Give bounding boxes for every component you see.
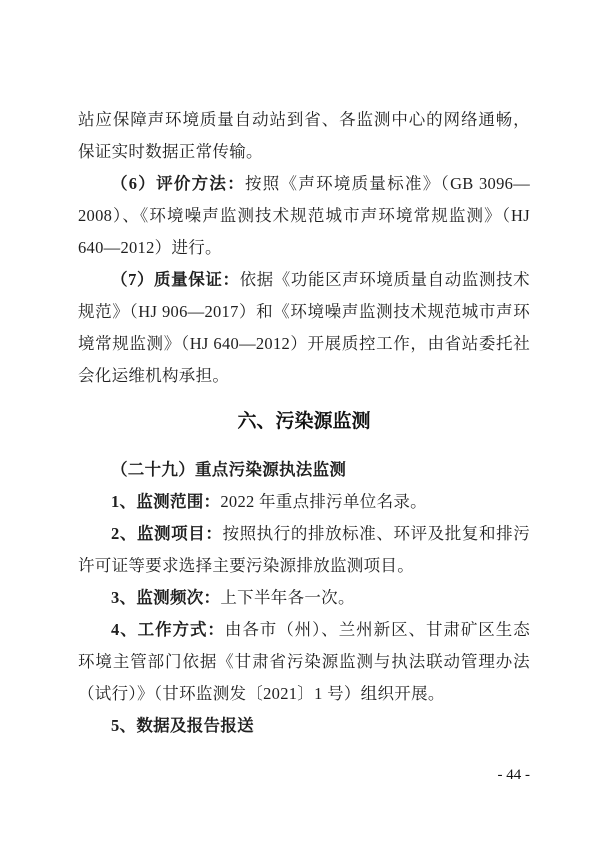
section-heading: 六、污染源监测 [78,406,530,438]
list-item-monitoring-scope: 1、监测范围：2022 年重点排污单位名录。 [78,486,530,518]
document-body: 站应保障声环境质量自动站到省、各监测中心的网络通畅，保证实时数据正常传输。 （6… [78,104,530,742]
list-item-text: 2022 年重点排污单位名录。 [220,492,427,511]
list-item-text: 上下半年各一次。 [220,588,354,607]
list-item-monitoring-projects: 2、监测项目：按照执行的排放标准、环评及批复和排污许可证等要求选择主要污染源排放… [78,518,530,582]
paragraph-lead: （7）质量保证： [111,270,240,289]
paragraph-text: 站应保障声环境质量自动站到省、各监测中心的网络通畅，保证实时数据正常传输。 [78,110,530,161]
document-page: 站应保障声环境质量自动站到省、各监测中心的网络通畅，保证实时数据正常传输。 （6… [0,0,600,848]
subsection-heading: （二十九）重点污染源执法监测 [78,454,530,486]
list-item-lead: 3、监测频次： [111,588,220,607]
list-item-lead: 2、监测项目： [111,524,222,543]
list-item-lead: 4、工作方式： [111,620,225,639]
list-item-work-method: 4、工作方式：由各市（州）、兰州新区、甘肃矿区生态环境主管部门依据《甘肃省污染源… [78,614,530,710]
paragraph-evaluation-method: （6）评价方法：按照《声环境质量标准》（GB 3096—2008）、《环境噪声监… [78,168,530,264]
page-number: - 44 - [498,764,531,786]
list-item-data-report: 5、数据及报告报送 [78,710,530,742]
list-item-lead: 1、监测范围： [111,492,220,511]
paragraph-continuation: 站应保障声环境质量自动站到省、各监测中心的网络通畅，保证实时数据正常传输。 [78,104,530,168]
paragraph-lead: （6）评价方法： [111,174,245,193]
list-item-lead: 5、数据及报告报送 [111,716,254,735]
paragraph-quality-assurance: （7）质量保证：依据《功能区声环境质量自动监测技术规范》（HJ 906—2017… [78,264,530,392]
list-item-monitoring-frequency: 3、监测频次：上下半年各一次。 [78,582,530,614]
